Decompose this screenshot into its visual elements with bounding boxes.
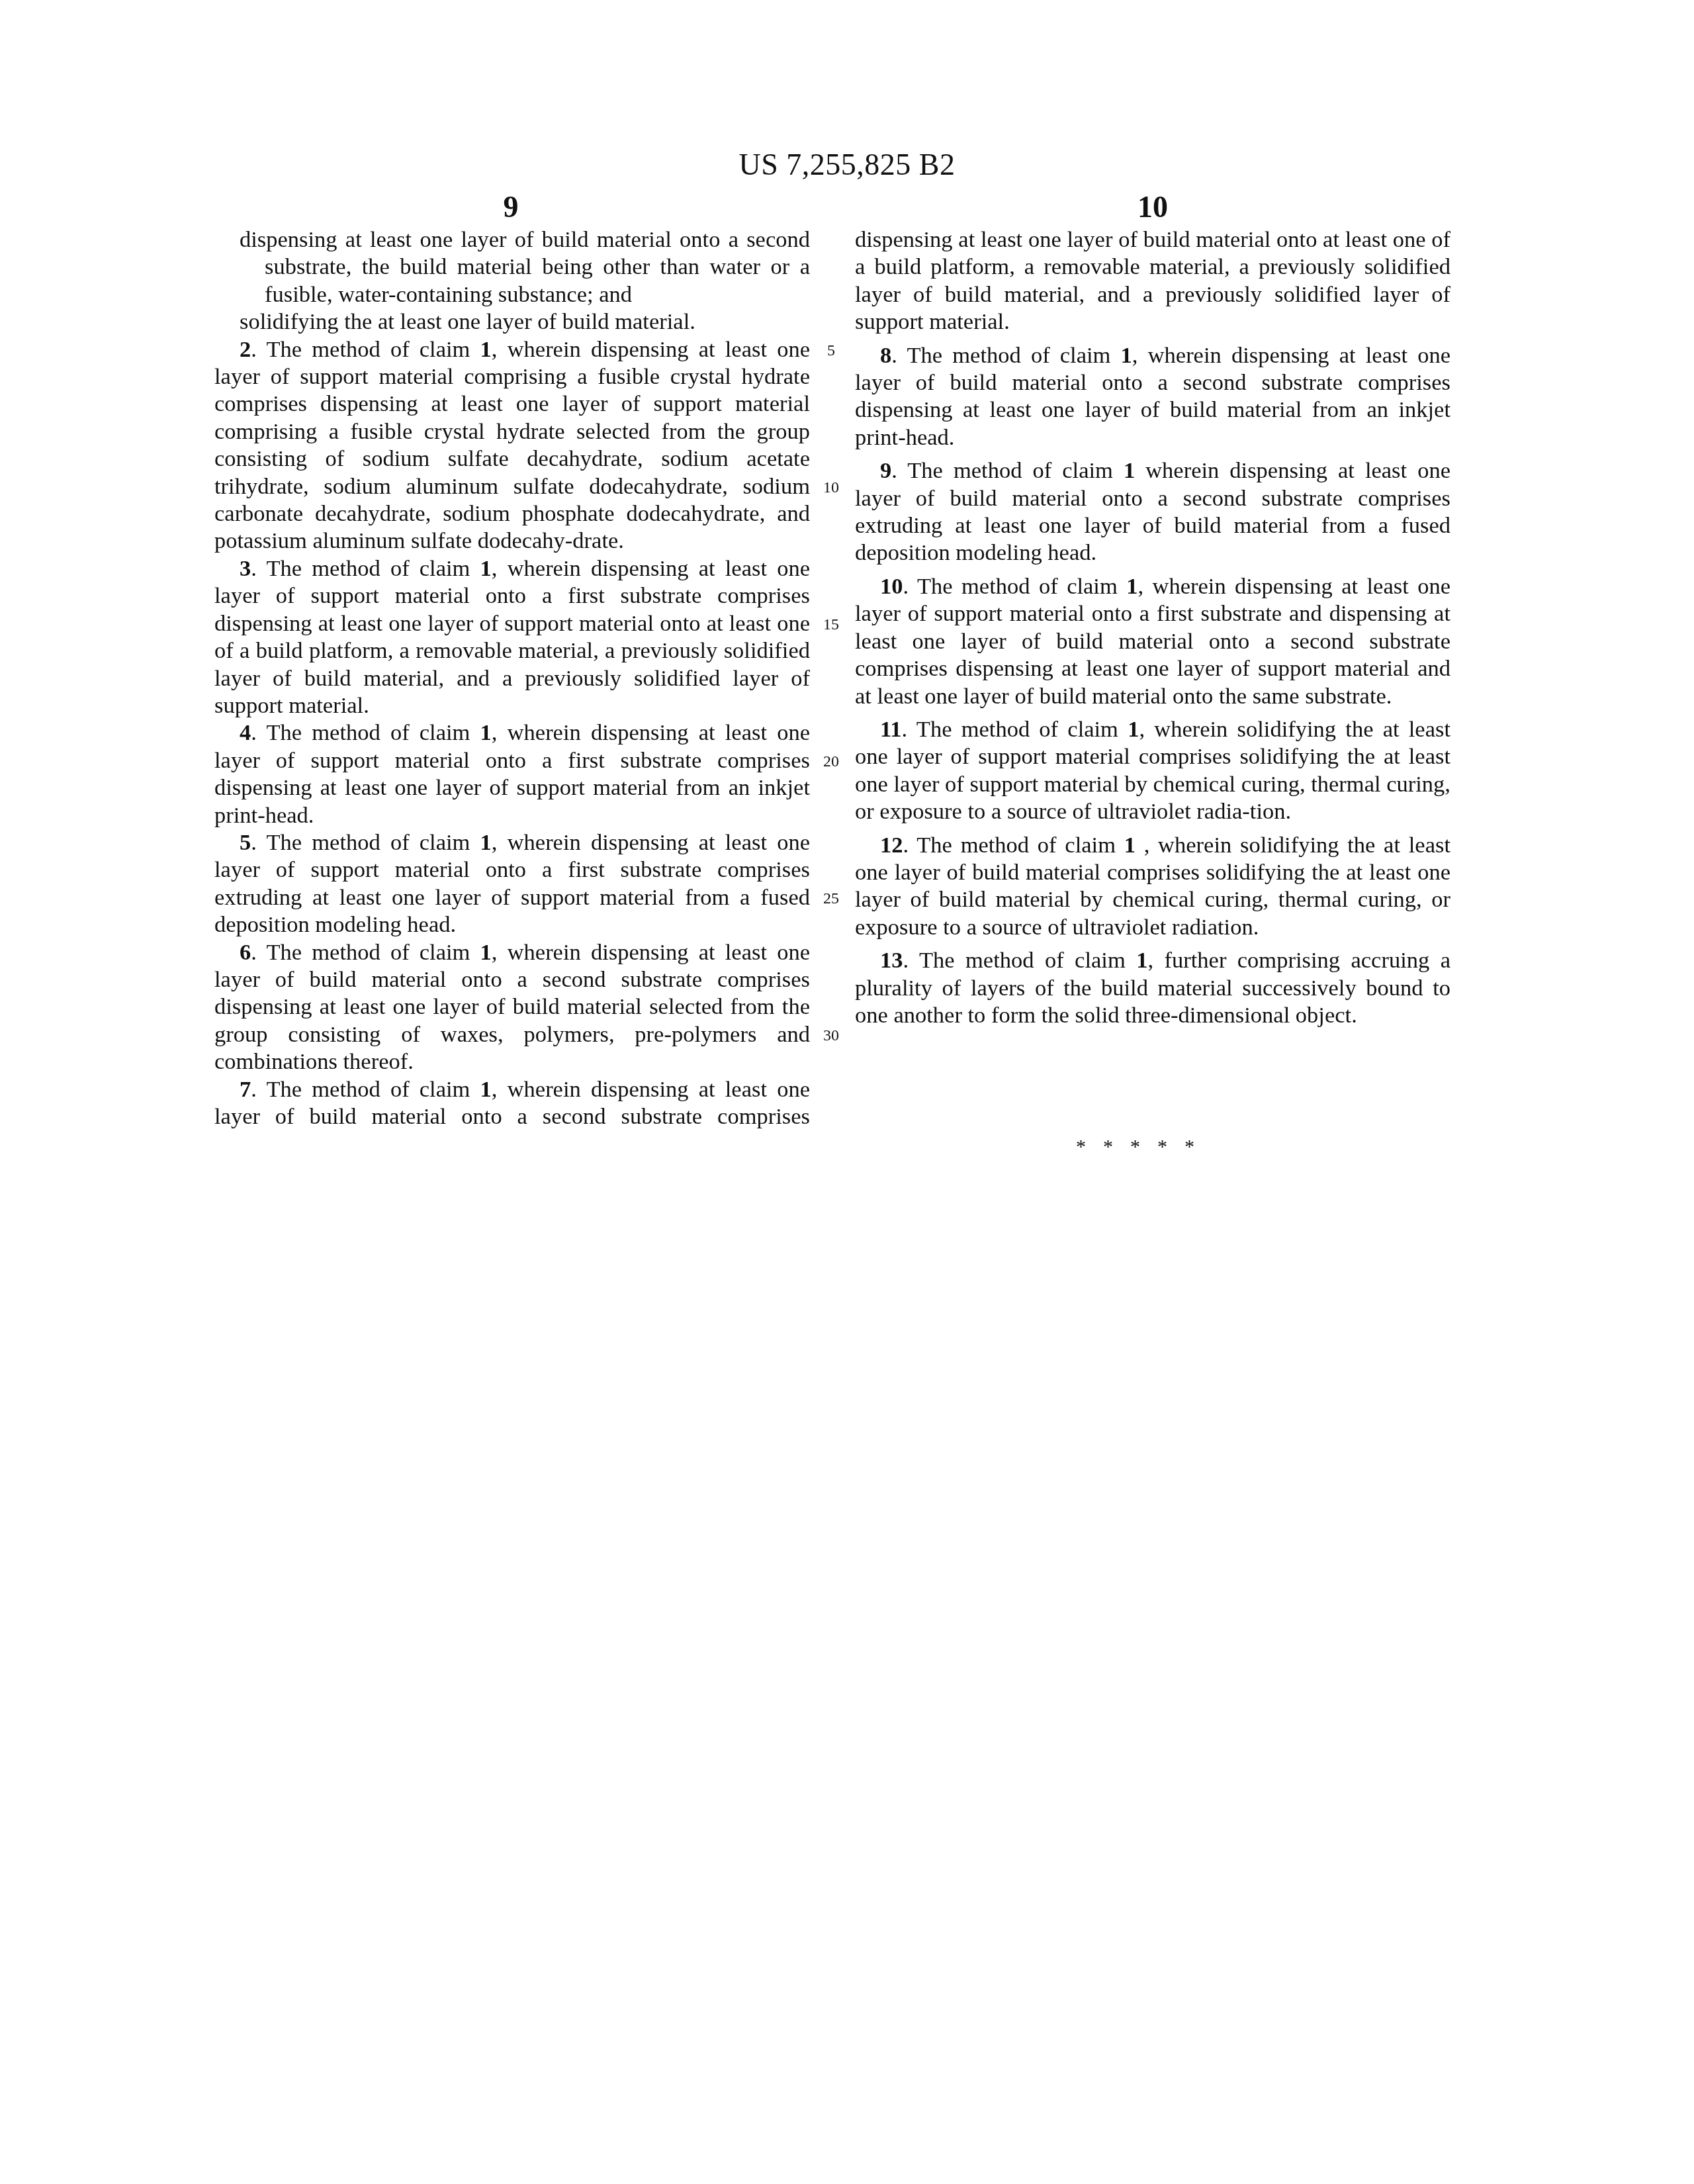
claim-text: . The method of claim bbox=[251, 337, 480, 362]
claim-3: 3. The method of claim 1, wherein dispen… bbox=[214, 555, 810, 719]
claim-number: 3 bbox=[240, 556, 251, 581]
claim-text: , wherein dispensing at least one layer … bbox=[214, 337, 810, 554]
claim-number: 11 bbox=[880, 717, 902, 742]
claim-number: 10 bbox=[880, 574, 903, 599]
claim-number: 9 bbox=[880, 458, 891, 483]
claim-reference: 1 bbox=[480, 1077, 492, 1102]
claim-text: . The method of claim bbox=[251, 1077, 480, 1102]
asterisk: * bbox=[1184, 1136, 1194, 1158]
claim-1-final-step: solidifying the at least one layer of bu… bbox=[214, 308, 810, 336]
claim-text: . The method of claim bbox=[251, 830, 480, 855]
claim-reference: 1 bbox=[480, 720, 492, 745]
claim-text: . The method of claim bbox=[903, 574, 1127, 599]
claim-number: 6 bbox=[240, 940, 251, 965]
line-number: 10 bbox=[818, 479, 844, 497]
claim-number: 5 bbox=[240, 830, 251, 855]
claim-12: 12. The method of claim 1 , wherein soli… bbox=[855, 832, 1450, 942]
claim-text: . The method of claim bbox=[891, 343, 1120, 368]
claim-13: 13. The method of claim 1, further compr… bbox=[855, 947, 1450, 1029]
line-number: 5 bbox=[818, 342, 844, 360]
claim-number: 7 bbox=[240, 1077, 251, 1102]
claim-9: 9. The method of claim 1 wherein dispens… bbox=[855, 457, 1450, 567]
claim-5: 5. The method of claim 1, wherein dispen… bbox=[214, 829, 810, 939]
asterisk: * bbox=[1103, 1136, 1113, 1158]
left-column: dispensing at least one layer of build m… bbox=[214, 226, 810, 1130]
column-number-right: 10 bbox=[1087, 189, 1219, 224]
claim-text: . The method of claim bbox=[251, 940, 480, 965]
claim-reference: 1 bbox=[1124, 458, 1135, 483]
claim-number: 8 bbox=[880, 343, 891, 368]
claim-reference: 1 bbox=[480, 337, 492, 362]
claim-reference: 1 bbox=[1136, 948, 1147, 973]
claim-reference: 1 bbox=[1126, 574, 1137, 599]
right-column: dispensing at least one layer of build m… bbox=[855, 226, 1450, 1029]
claim-text: . The method of claim bbox=[903, 833, 1124, 858]
claim-text: . The method of claim bbox=[251, 556, 480, 581]
claim-text: . The method of claim bbox=[903, 948, 1137, 973]
end-of-document-marker: ***** bbox=[1076, 1136, 1212, 1158]
line-number: 30 bbox=[818, 1027, 844, 1045]
claim-reference: 1 bbox=[480, 940, 492, 965]
claim-10: 10. The method of claim 1, wherein dispe… bbox=[855, 573, 1450, 710]
claim-text: dispensing at least one layer of build m… bbox=[855, 227, 1450, 334]
claim-text: . The method of claim bbox=[251, 720, 480, 745]
claim-4: 4. The method of claim 1, wherein dispen… bbox=[214, 719, 810, 829]
claim-text: solidifying the at least one layer of bu… bbox=[240, 309, 695, 334]
claim-text: . The method of claim bbox=[902, 717, 1128, 742]
patent-number: US 7,255,825 B2 bbox=[0, 147, 1694, 182]
claim-number: 12 bbox=[880, 833, 903, 858]
claim-text: dispensing at least one layer of build m… bbox=[240, 227, 810, 307]
claim-reference: 1 bbox=[480, 830, 492, 855]
claim-number: 13 bbox=[880, 948, 903, 973]
line-number: 15 bbox=[818, 616, 844, 634]
claim-2: 2. The method of claim 1, wherein dispen… bbox=[214, 336, 810, 555]
line-number: 20 bbox=[818, 753, 844, 771]
claim-1-continuation: dispensing at least one layer of build m… bbox=[214, 226, 810, 308]
claim-7-continuation: dispensing at least one layer of build m… bbox=[855, 226, 1450, 336]
claim-reference: 1 bbox=[1128, 717, 1139, 742]
asterisk: * bbox=[1130, 1136, 1140, 1158]
claim-7: 7. The method of claim 1, wherein dispen… bbox=[214, 1076, 810, 1131]
line-number: 25 bbox=[818, 890, 844, 908]
claim-text: . The method of claim bbox=[891, 458, 1124, 483]
claim-reference: 1 bbox=[480, 556, 492, 581]
asterisk: * bbox=[1076, 1136, 1086, 1158]
claim-reference: 1 bbox=[1121, 343, 1132, 368]
claim-number: 2 bbox=[240, 337, 251, 362]
claim-11: 11. The method of claim 1, wherein solid… bbox=[855, 716, 1450, 826]
asterisk: * bbox=[1157, 1136, 1167, 1158]
claim-number: 4 bbox=[240, 720, 251, 745]
claim-6: 6. The method of claim 1, wherein dispen… bbox=[214, 939, 810, 1076]
column-number-left: 9 bbox=[445, 189, 577, 224]
claim-8: 8. The method of claim 1, wherein dispen… bbox=[855, 342, 1450, 452]
claim-reference: 1 bbox=[1124, 833, 1136, 858]
